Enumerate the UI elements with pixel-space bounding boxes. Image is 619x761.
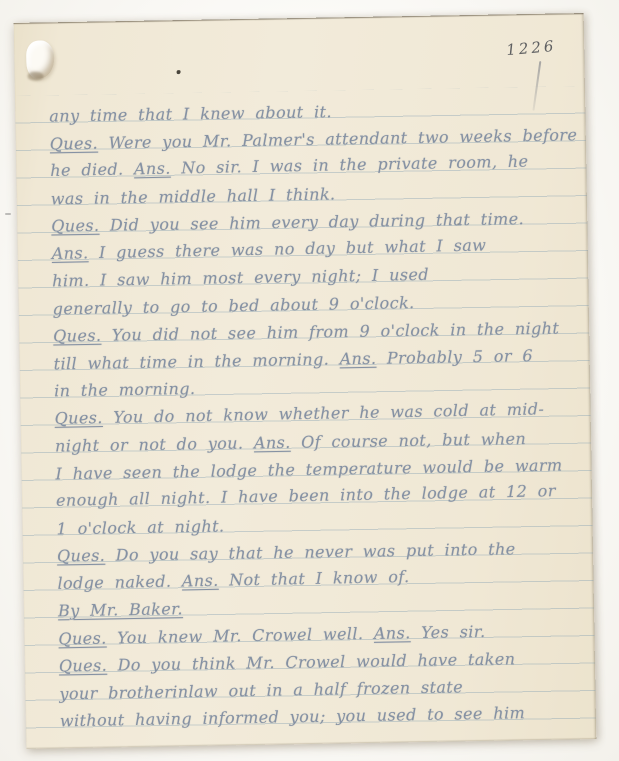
underlined-text-segment: Ques. (50, 133, 99, 153)
text-segment: You knew Mr. Crowel well. (106, 623, 374, 647)
text-segment: Of course not, but when (291, 429, 527, 452)
underlined-text-segment: Ques. (53, 326, 101, 346)
underlined-text-segment: Ans. (374, 623, 411, 643)
text-segment: Probably 5 or 6 (376, 346, 533, 368)
text-segment: No sir. I was in the private room, he (171, 152, 529, 178)
paper-sheet: 1226 any time that I knew about it.Ques.… (14, 13, 597, 749)
dust-mark (5, 213, 11, 215)
underlined-text-segment: Ques. (57, 546, 105, 566)
handwriting-block: any time that I knew about it.Ques. Were… (49, 93, 584, 735)
text-segment: in the morning. (54, 379, 196, 400)
text-segment: generally to go to bed about 9 o'clock. (53, 293, 415, 318)
text-segment: your brotherinlaw out in a half frozen s… (59, 677, 463, 703)
text-segment: any time that I knew about it. (49, 102, 332, 125)
scan-background: 1226 any time that I knew about it.Ques.… (0, 0, 619, 761)
underlined-text-segment: Ques. (54, 407, 103, 427)
underlined-text-segment: Ans. (52, 243, 89, 263)
text-segment: night or not do you. (55, 433, 254, 455)
underlined-text-segment: Ans. (134, 159, 171, 179)
underlined-text-segment: Ans. (254, 433, 291, 453)
page-number: 1226 (506, 37, 558, 59)
text-segment: Yes sir. (410, 621, 485, 641)
text-segment: 1 o'clock at night. (56, 516, 224, 538)
ink-speck (177, 70, 181, 74)
underlined-text-segment: Ques. (59, 656, 107, 676)
text-segment: him. I saw him most every night; I used (52, 265, 429, 291)
text-segment: You do not know whether he was cold at m… (103, 399, 545, 427)
underlined-text-segment: By Mr. Baker. (58, 599, 183, 620)
text-segment: Did you see him every day during that ti… (99, 209, 524, 235)
underlined-text-segment: Ques. (58, 628, 107, 648)
underlined-text-segment: Ans. (182, 570, 219, 590)
text-segment: You did not see him from 9 o'clock in th… (101, 319, 559, 345)
paper-hole (26, 40, 55, 78)
text-segment: lodge naked. (57, 571, 182, 592)
text-segment: enough all night. I have been into the l… (56, 481, 556, 510)
text-segment: till what time in the morning. (53, 349, 339, 373)
underlined-text-segment: Ans. (339, 348, 376, 368)
text-segment: without having informed you; you used to… (60, 703, 525, 730)
text-segment: Do you think Mr. Crowel would have taken (107, 649, 516, 674)
text-segment: Do you say that he never was put into th… (105, 539, 516, 564)
text-segment: Not that I know of. (218, 567, 409, 590)
text-segment: I guess there was no day but what I saw (88, 235, 486, 262)
text-segment: was in the middle hall I think. (51, 184, 336, 208)
underlined-text-segment: Ques. (51, 216, 99, 236)
text-segment: he died. (50, 159, 134, 180)
